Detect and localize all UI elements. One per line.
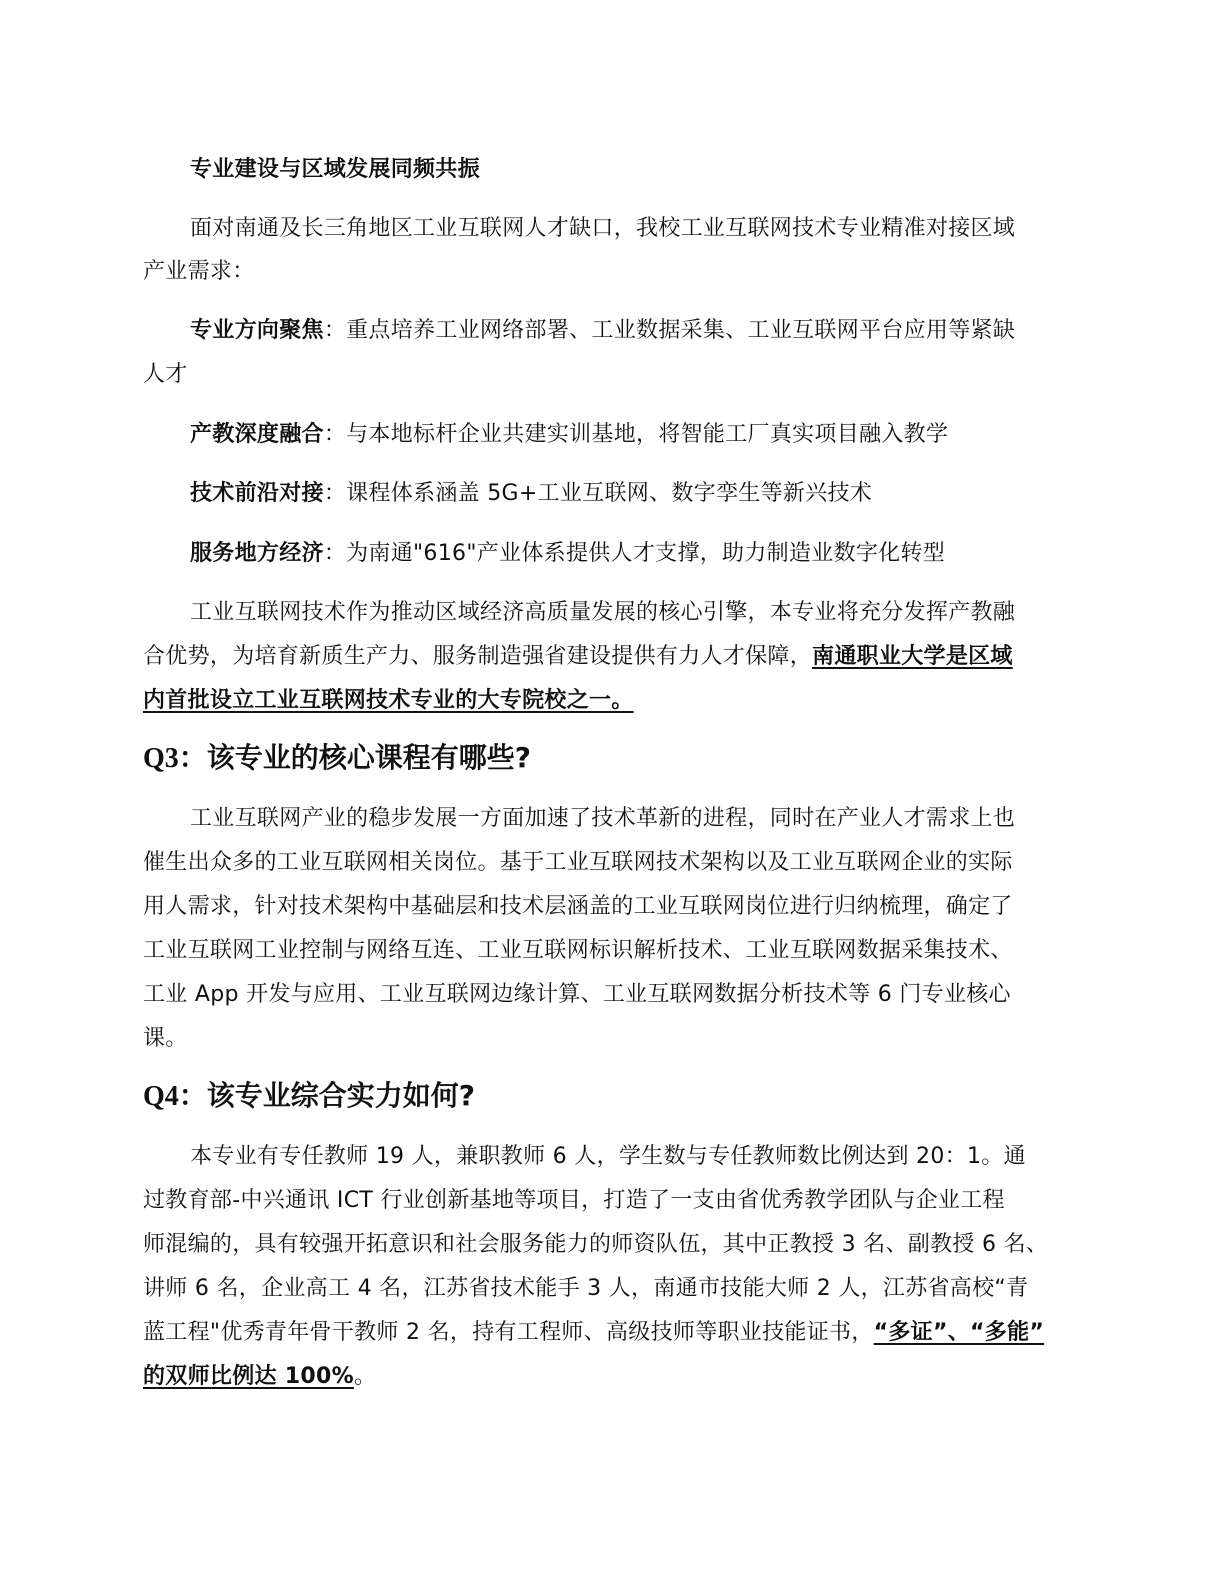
summary-highlight: 内首批设立工业互联网技术专业的大专院校之一。 xyxy=(143,688,634,713)
q4-text: 蓝工程"优秀青年骨干教师 2 名，持有工程师、高级技师等职业技能证书， xyxy=(143,1320,874,1345)
point-text: ：为南通"616"产业体系提供人才支撑，助力制造业数字化转型 xyxy=(324,541,945,566)
q4-prefix: Q4 xyxy=(143,1081,179,1112)
point-3: 技术前沿对接：课程体系涵盖 5G+工业互联网、数字孪生等新兴技术 xyxy=(190,479,872,509)
point-label: 产教深度融合 xyxy=(190,422,324,447)
summary-line-3: 内首批设立工业互联网技术专业的大专院校之一。 xyxy=(143,686,634,716)
q3-prefix: Q3 xyxy=(143,743,179,774)
q4-line-6: 的双师比例达 100%。 xyxy=(143,1362,376,1392)
point-label: 专业方向聚焦 xyxy=(190,318,324,343)
q3-heading: Q3：该专业的核心课程有哪些? xyxy=(143,740,531,777)
q3-line-4: 工业互联网工业控制与网络互连、工业互联网标识解析技术、工业互联网数据采集技术、 xyxy=(143,936,1013,966)
q4-line-4: 讲师 6 名，企业高工 4 名，江苏省技术能手 3 人，南通市技能大师 2 人，… xyxy=(143,1274,1028,1304)
q4-text: 。 xyxy=(354,1364,376,1389)
summary-line-2: 合优势，为培育新质生产力、服务制造强省建设提供有力人才保障，南通职业大学是区域 xyxy=(143,642,1013,672)
point-4: 服务地方经济：为南通"616"产业体系提供人才支撑，助力制造业数字化转型 xyxy=(190,539,945,569)
q4-title: ：该专业综合实力如何? xyxy=(179,1079,475,1112)
q4-line-5: 蓝工程"优秀青年骨干教师 2 名，持有工程师、高级技师等职业技能证书，“多证”、… xyxy=(143,1318,1044,1348)
q4-line-1: 本专业有专任教师 19 人，兼职教师 6 人，学生数与专任教师数比例达到 20：… xyxy=(190,1142,1026,1172)
intro-line-1: 面对南通及长三角地区工业互联网人才缺口，我校工业互联网技术专业精准对接区域 xyxy=(190,214,1015,244)
summary-line-1: 工业互联网技术作为推动区域经济高质量发展的核心引擎，本专业将充分发挥产教融 xyxy=(190,598,1015,628)
q3-line-2: 催生出众多的工业互联网相关岗位。基于工业互联网技术架构以及工业互联网企业的实际 xyxy=(143,848,1013,878)
q4-line-3: 师混编的，具有较强开拓意识和社会服务能力的师资队伍，其中正教授 3 名、副教授 … xyxy=(143,1230,1048,1260)
point-text: ：课程体系涵盖 5G+工业互联网、数字孪生等新兴技术 xyxy=(324,481,872,506)
q3-line-5: 工业 App 开发与应用、工业互联网边缘计算、工业互联网数据分析技术等 6 门专… xyxy=(143,980,1011,1010)
intro-line-2: 产业需求： xyxy=(143,257,255,287)
q4-highlight: 的双师比例达 100% xyxy=(143,1364,354,1389)
point-label: 服务地方经济 xyxy=(190,541,324,566)
point-2: 产教深度融合：与本地标杆企业共建实训基地，将智能工厂真实项目融入教学 xyxy=(190,420,948,450)
q3-line-1: 工业互联网产业的稳步发展一方面加速了技术革新的进程，同时在产业人才需求上也 xyxy=(190,804,1015,834)
q4-line-2: 过教育部-中兴通讯 ICT 行业创新基地等项目，打造了一支由省优秀教学团队与企业… xyxy=(143,1186,1005,1216)
point-1: 专业方向聚焦：重点培养工业网络部署、工业数据采集、工业互联网平台应用等紧缺 xyxy=(190,316,1015,346)
q4-highlight: “多证”、“多能” xyxy=(874,1320,1045,1345)
summary-text: 合优势，为培育新质生产力、服务制造强省建设提供有力人才保障， xyxy=(143,644,812,669)
point-text: ：与本地标杆企业共建实训基地，将智能工厂真实项目融入教学 xyxy=(324,422,948,447)
point-1-cont: 人才 xyxy=(143,360,188,390)
point-label: 技术前沿对接 xyxy=(190,481,324,506)
q4-heading: Q4：该专业综合实力如何? xyxy=(143,1078,475,1115)
q3-title: ：该专业的核心课程有哪些? xyxy=(179,741,531,774)
q3-line-3: 用人需求，针对技术架构中基础层和技术层涵盖的工业互联网岗位进行归纳梳理，确定了 xyxy=(143,892,1013,922)
point-text: ：重点培养工业网络部署、工业数据采集、工业互联网平台应用等紧缺 xyxy=(324,318,1015,343)
summary-highlight: 南通职业大学是区域 xyxy=(812,644,1013,669)
section-title: 专业建设与区域发展同频共振 xyxy=(190,155,480,185)
q3-line-6: 课。 xyxy=(143,1024,188,1054)
